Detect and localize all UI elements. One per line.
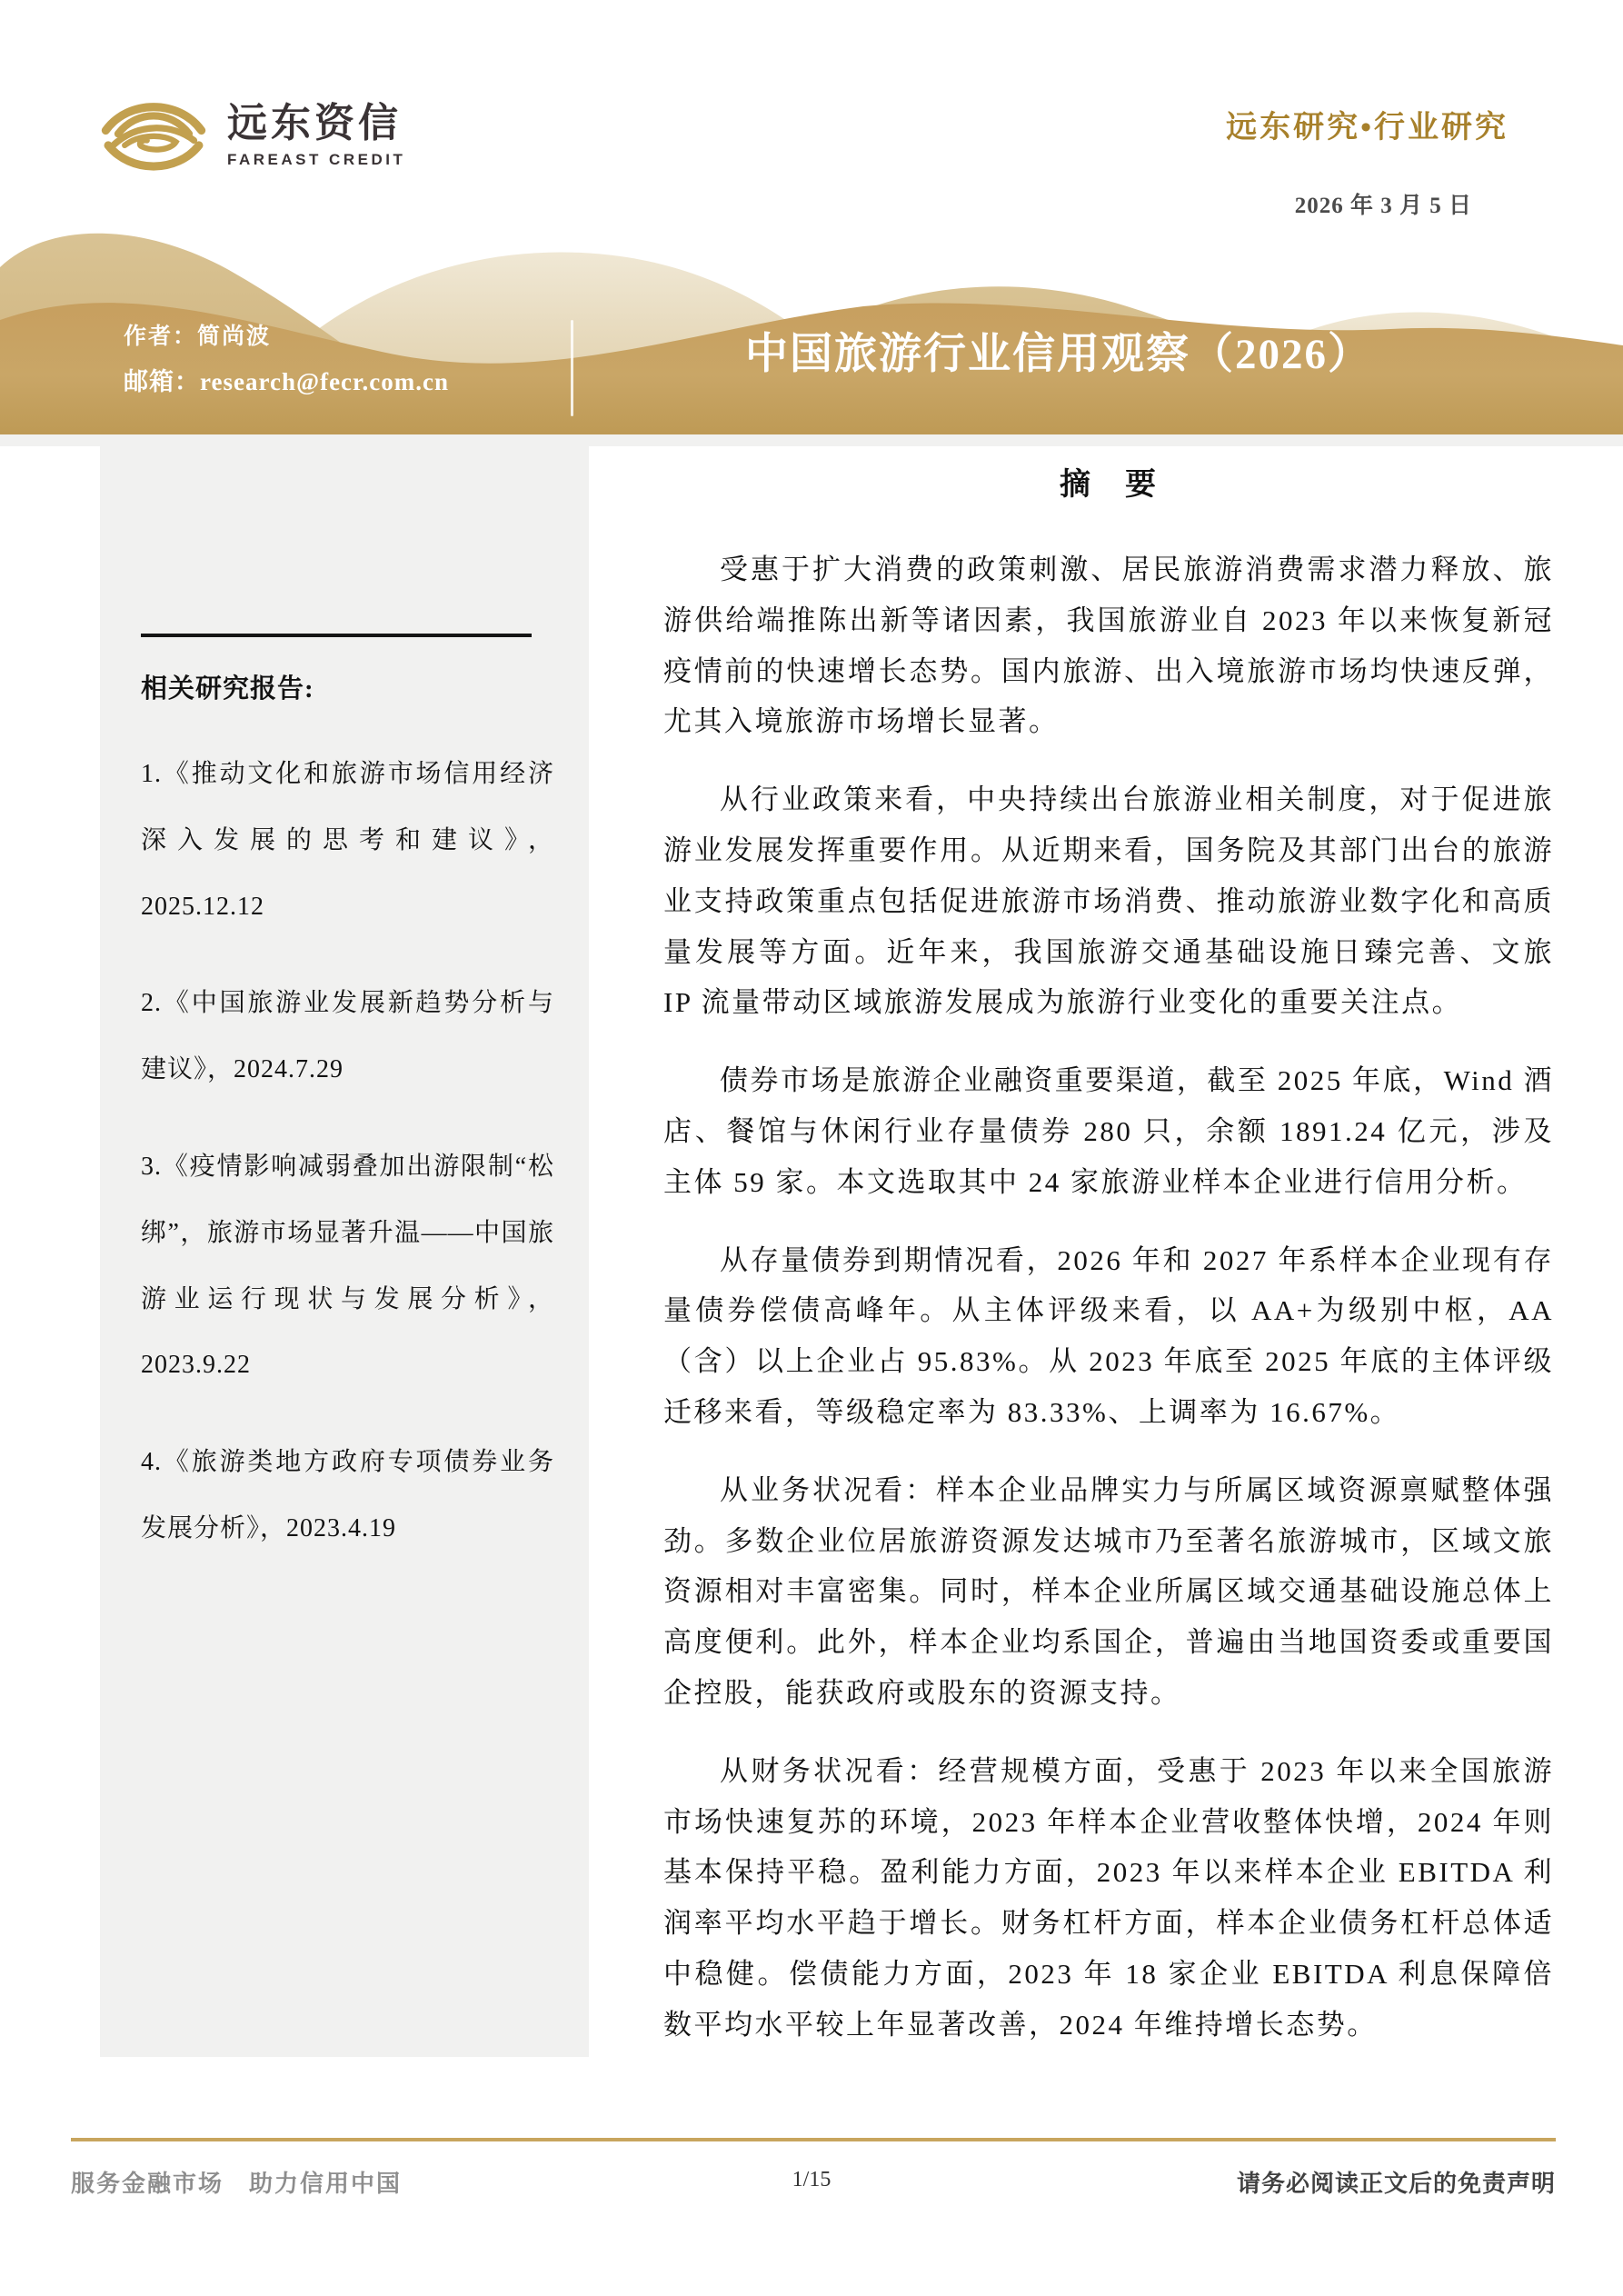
abstract-paragraph: 受惠于扩大消费的政策刺激、居民旅游消费需求潜力释放、旅游供给端推陈出新等诸因素，… (663, 544, 1554, 747)
related-report-item: 4.《旅游类地方政府专项债券业务发展分析》，2023.4.19 (141, 1430, 554, 1562)
related-report-item: 3.《疫情影响减弱叠加出游限制“松绑”，旅游市场显著升温——中国旅游业运行现状与… (141, 1134, 554, 1399)
author-line: 作者：简尚波 (124, 318, 271, 351)
abstract-section: 摘 要 受惠于扩大消费的政策刺激、居民旅游消费需求潜力释放、旅游供给端推陈出新等… (663, 459, 1554, 2078)
sidebar-heading: 相关研究报告: (141, 668, 554, 705)
series-label: 远东研究•行业研究 (1226, 102, 1508, 146)
logo-name-cn: 远东资信 (227, 102, 405, 145)
fareast-logo: 远东资信 FAREAST CREDIT (100, 93, 405, 178)
sidebar-rule (141, 634, 532, 637)
abstract-heading: 摘 要 (663, 459, 1554, 504)
abstract-paragraph: 从存量债券到期情况看，2026 年和 2027 年系样本企业现有存量债券偿债高峰… (663, 1235, 1554, 1438)
logo-wordmark: 远东资信 FAREAST CREDIT (227, 102, 405, 169)
footer-disclaimer: 请务必阅读正文后的免责声明 (1237, 2165, 1556, 2199)
band-underline-strip (0, 434, 1623, 446)
abstract-paragraph: 从行业政策来看，中央持续出台旅游业相关制度，对于促进旅游业发展发挥重要作用。从近… (663, 774, 1554, 1028)
abstract-paragraph: 债券市场是旅游企业融资重要渠道，截至 2025 年底，Wind 酒店、餐馆与休闲… (663, 1055, 1554, 1207)
abstract-paragraph: 从业务状况看：样本企业品牌实力与所属区域资源禀赋整体强劲。多数企业位居旅游资源发… (663, 1465, 1554, 1719)
footer-rule (71, 2138, 1556, 2141)
related-report-item: 1.《推动文化和旅游市场信用经济深入发展的思考和建议》，2025.12.12 (141, 742, 554, 940)
abstract-paragraph: 从财务状况看：经营规模方面，受惠于 2023 年以来全国旅游市场快速复苏的环境，… (663, 1746, 1554, 2051)
banner-divider (571, 320, 573, 416)
report-title: 中国旅游行业信用观察（2026） (591, 320, 1527, 381)
title-banner: 作者：简尚波 邮箱：research@fecr.com.cn 中国旅游行业信用观… (0, 211, 1623, 434)
report-page: 远东资信 FAREAST CREDIT 远东研究•行业研究 2026 年 3 月… (0, 0, 1623, 2296)
fareast-logo-icon (100, 93, 207, 178)
related-report-item: 2.《中国旅游业发展新趋势分析与建议》，2024.7.29 (141, 971, 554, 1103)
logo-name-en: FAREAST CREDIT (227, 151, 405, 169)
email-line: 邮箱：research@fecr.com.cn (124, 362, 449, 397)
related-reports-sidebar: 相关研究报告: 1.《推动文化和旅游市场信用经济深入发展的思考和建议》，2025… (100, 446, 589, 2057)
